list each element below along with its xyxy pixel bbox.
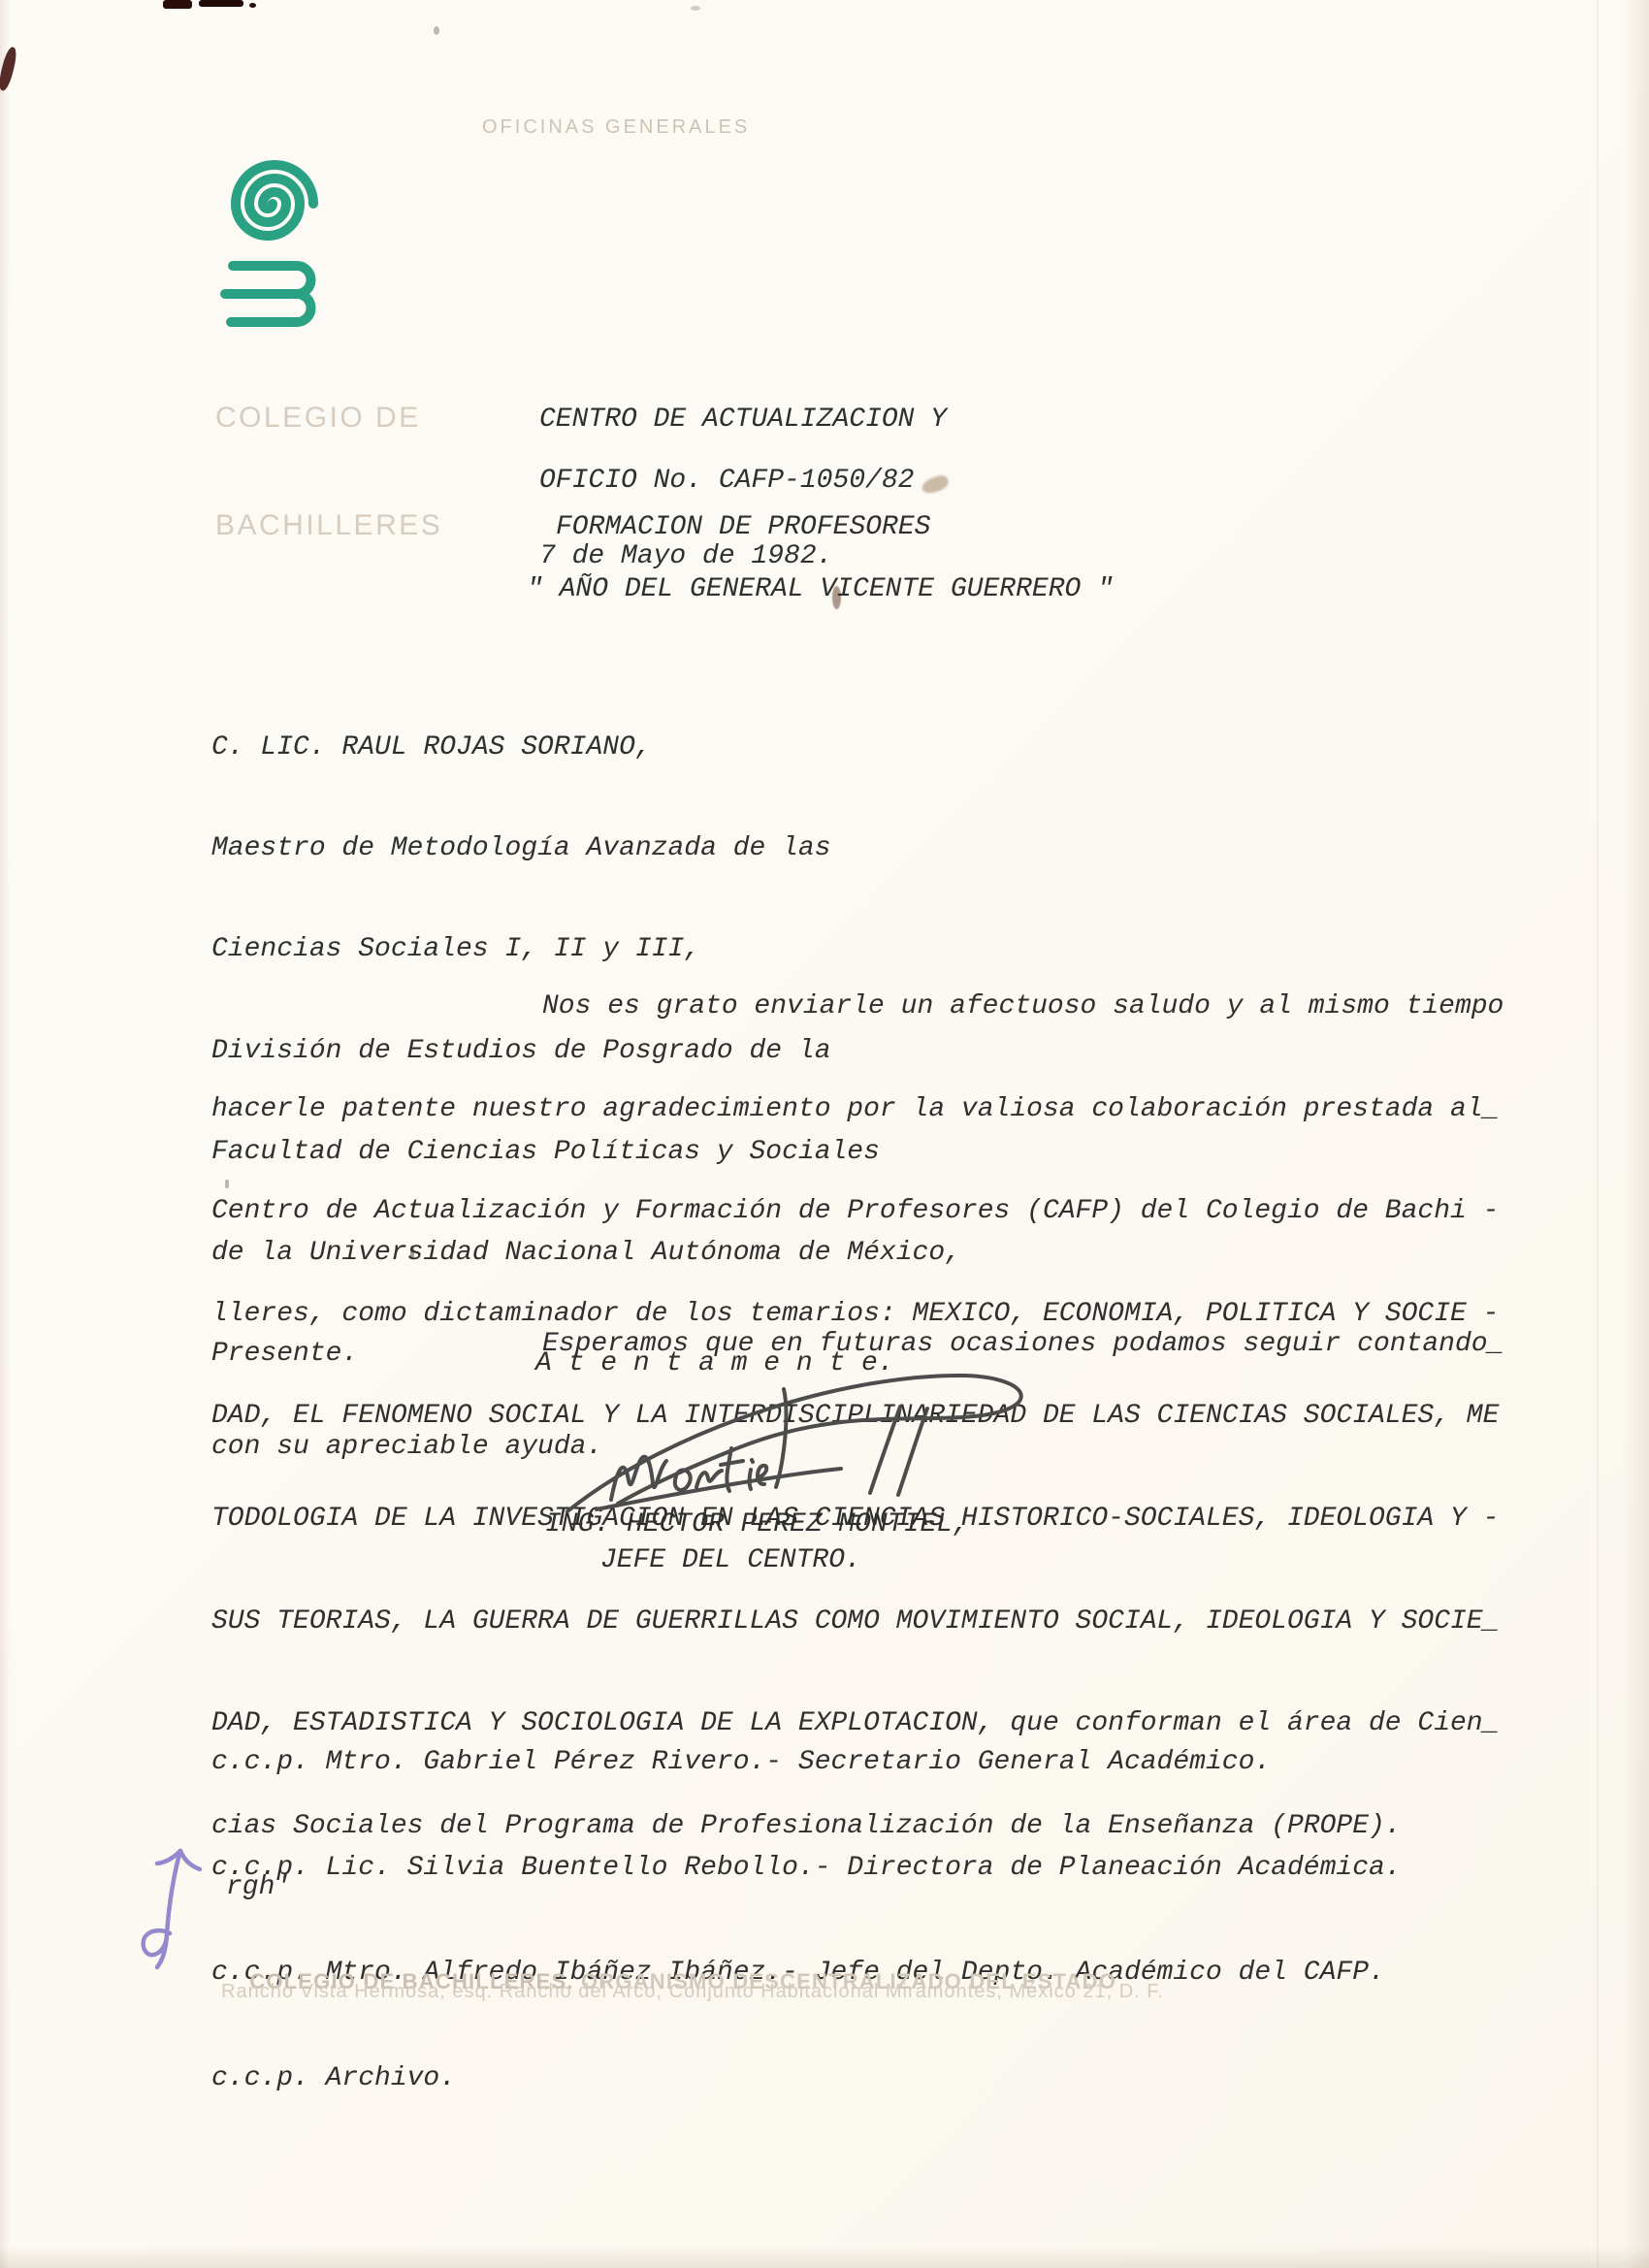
scan-artifact: [249, 3, 256, 8]
recipient-line: Maestro de Metodología Avanzada de las: [211, 832, 961, 865]
scan-artifact: [199, 0, 243, 7]
fold-line: [1597, 0, 1599, 2268]
typist-initials: rgh': [226, 1870, 291, 1904]
year-motto: " AÑO DEL GENERAL VICENTE GUERRERO ": [527, 572, 1114, 606]
cc-line: c.c.p. Mtro. Gabriel Pérez Rivero.- Secr…: [211, 1744, 1402, 1782]
scan-artifact: [0, 46, 18, 92]
pen-mark: [124, 1845, 213, 1973]
wordmark-line1: COLEGIO DE: [215, 400, 442, 436]
footer-address-line: Rancho Vista Hermosa, esq. Rancho del Ar…: [221, 1981, 1164, 2003]
signer-name: ING. HECTOR PEREZ MONTIEL,: [545, 1507, 969, 1541]
bottom-edge-shading: [0, 2247, 1649, 2268]
scan-artifact: [691, 6, 700, 11]
oficio-number: OFICIO No. CAFP-1050/82: [539, 464, 914, 498]
offices-label: OFICINAS GENERALES: [482, 116, 750, 139]
scanned-letter-page: OFICINAS GENERALES COLEGIO DE BACHILLERE…: [0, 0, 1649, 2268]
recipient-line: C. LIC. RAUL ROJAS SORIANO,: [211, 731, 961, 764]
cc-block: c.c.p. Mtro. Gabriel Pérez Rivero.- Secr…: [211, 1676, 1402, 2165]
scan-artifact: [434, 26, 439, 35]
body-line: hacerle patente nuestro agradecimiento p…: [211, 1092, 1503, 1127]
wordmark-line2: BACHILLERES: [215, 507, 442, 543]
center-name-line1: CENTRO DE ACTUALIZACION Y: [539, 402, 947, 437]
signature-handwriting: [529, 1356, 1057, 1523]
cc-line: c.c.p. Archivo.: [211, 2060, 1402, 2098]
logo-spiral-icon: [236, 165, 313, 236]
cc-line: c.c.p. Lic. Silvia Buentello Rebollo.- D…: [211, 1850, 1402, 1888]
scan-artifact: [163, 0, 192, 9]
wordmark: COLEGIO DE BACHILLERES: [215, 328, 442, 615]
body-line: SUS TEORIAS, LA GUERRA DE GUERRILLAS COM…: [211, 1604, 1503, 1639]
signer-title: JEFE DEL CENTRO.: [600, 1543, 861, 1577]
logo-books-icon: [225, 266, 311, 322]
body-line: Centro de Actualización y Formación de P…: [211, 1194, 1503, 1229]
left-edge-shading: [0, 0, 10, 2268]
body-line: Nos es grato enviarle un afectuoso salud…: [542, 989, 1503, 1024]
colegio-bachilleres-logo: [202, 146, 334, 345]
right-edge-shading: [1624, 0, 1649, 2268]
date-line: 7 de Mayo de 1982.: [539, 539, 832, 573]
